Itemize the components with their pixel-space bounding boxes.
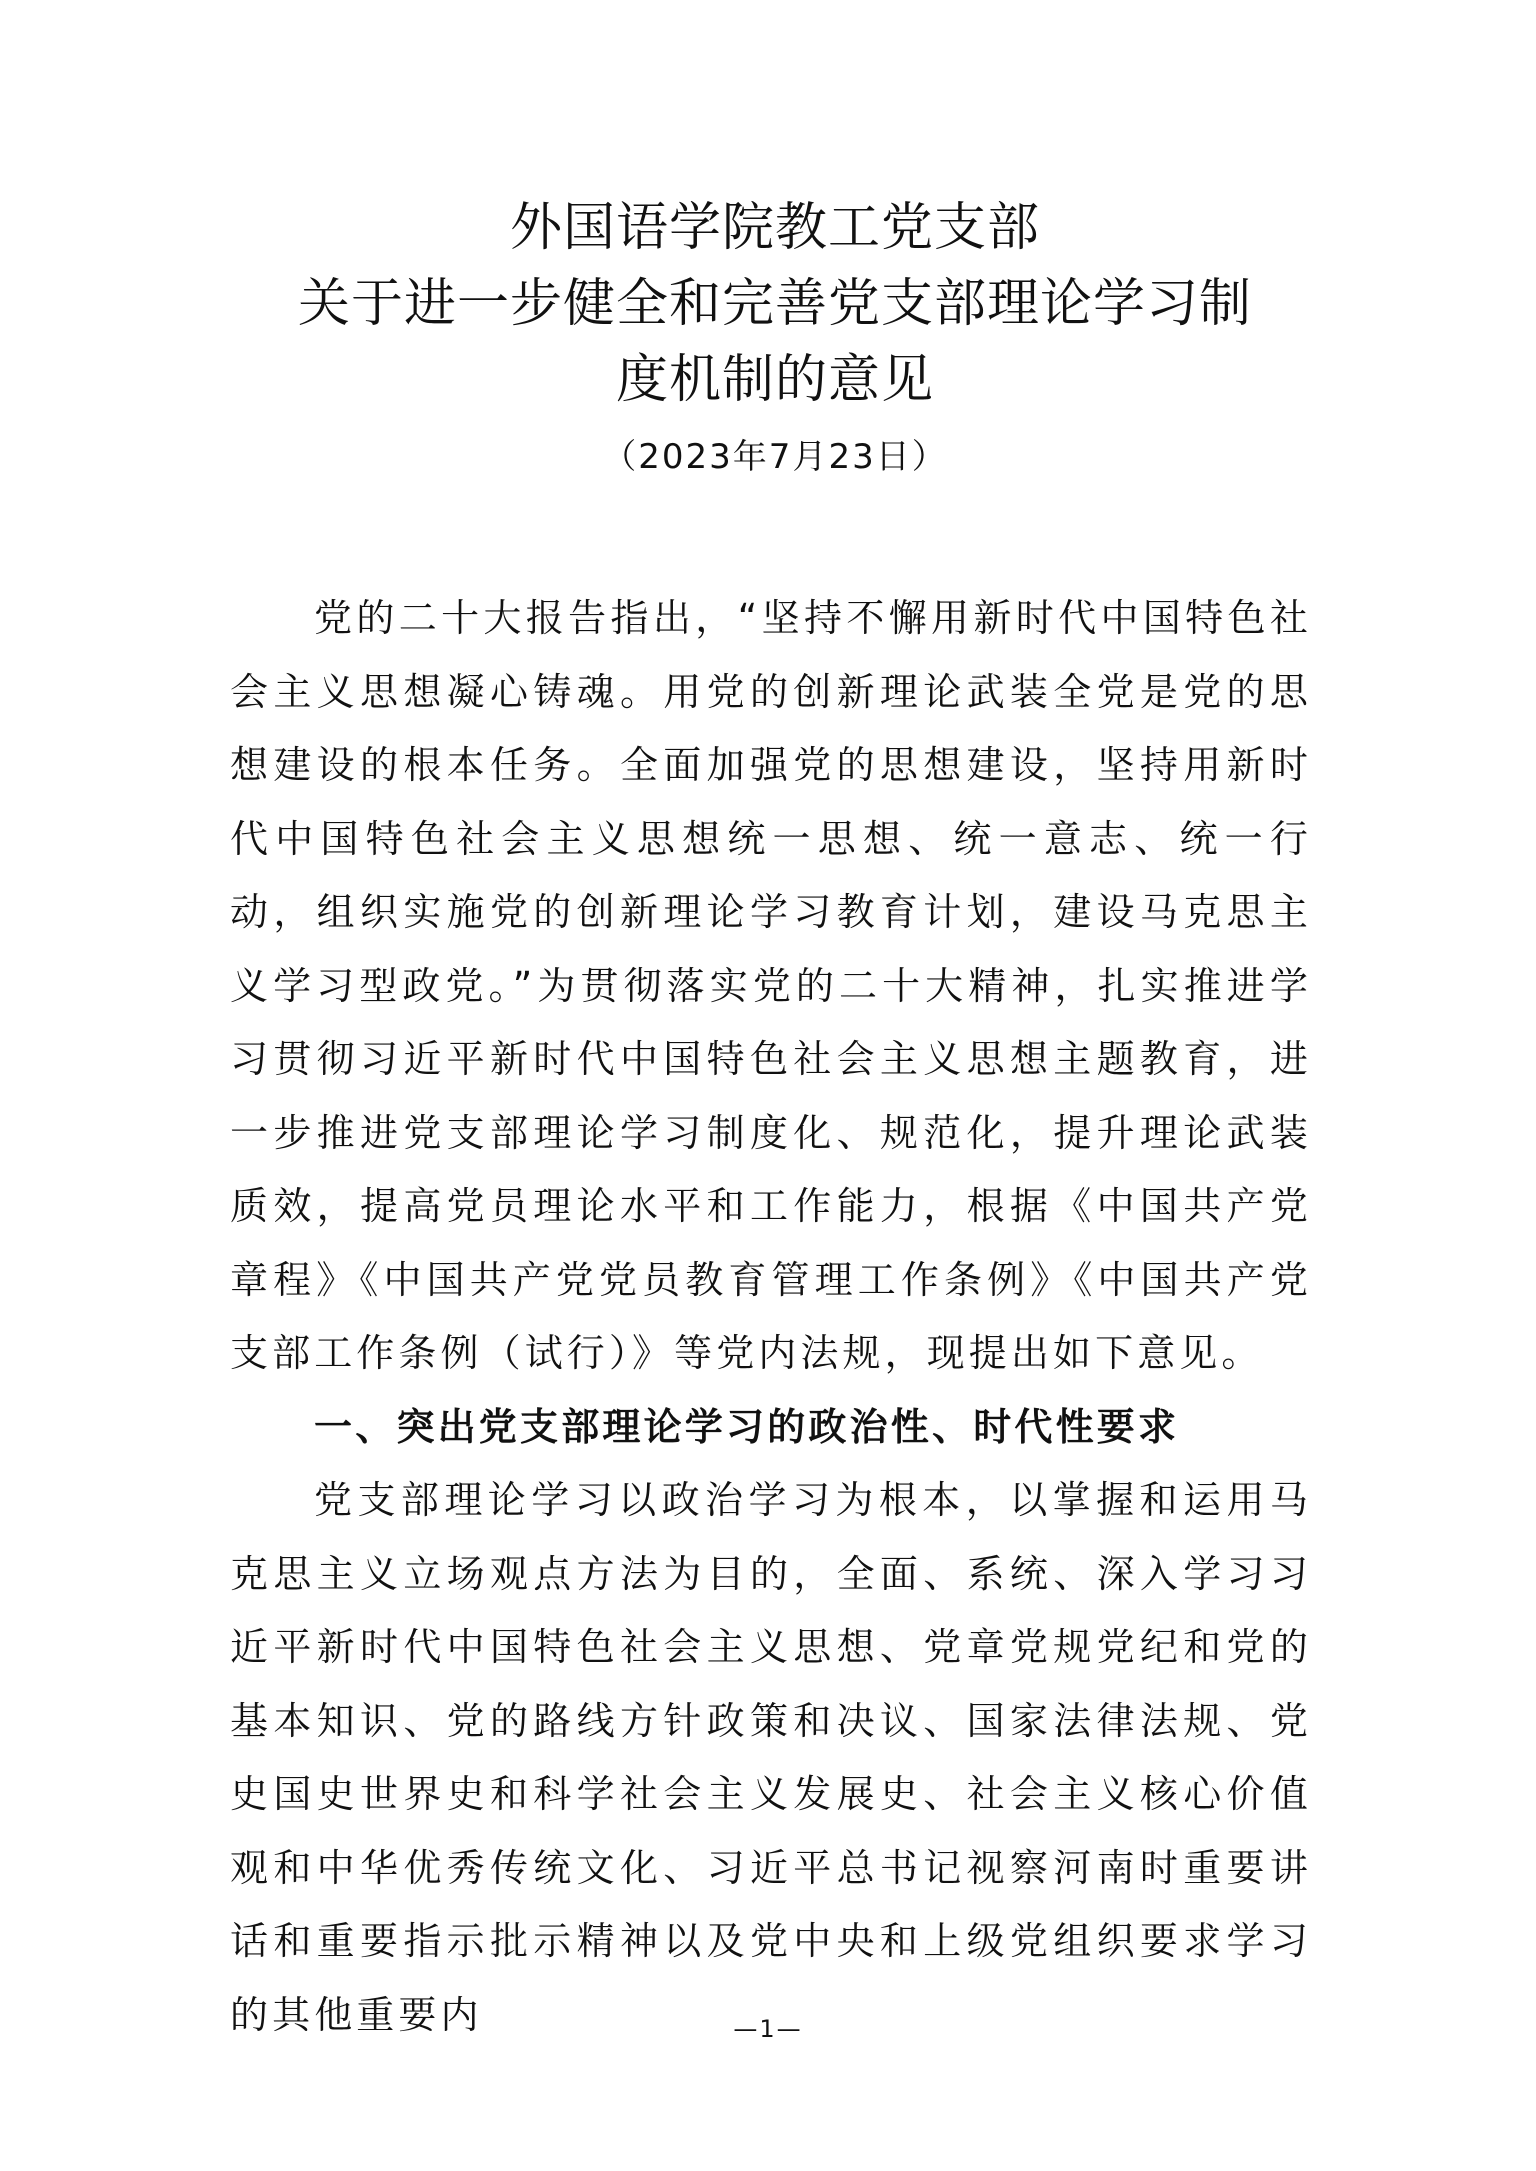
document-date: （2023年7月23日） (200, 432, 1350, 482)
document-body: 党的二十大报告指出，“坚持不懈用新时代中国特色社会主义思想凝心铸魂。用党的创新理… (230, 582, 1312, 2052)
section-heading-1: 一、突出党支部理论学习的政治性、时代性要求 (230, 1391, 1312, 1465)
page-number: —1— (0, 2015, 1536, 2043)
intro-paragraph: 党的二十大报告指出，“坚持不懈用新时代中国特色社会主义思想凝心铸魂。用党的创新理… (230, 582, 1312, 1391)
document-title: 外国语学院教工党支部 关于进一步健全和完善党支部理论学习制 度机制的意见 （20… (200, 190, 1350, 482)
title-line-3: 度机制的意见 (200, 342, 1350, 418)
title-line-2: 关于进一步健全和完善党支部理论学习制 (200, 266, 1350, 342)
document-page: 外国语学院教工党支部 关于进一步健全和完善党支部理论学习制 度机制的意见 （20… (0, 0, 1536, 2171)
title-line-1: 外国语学院教工党支部 (200, 190, 1350, 266)
section-1-paragraph: 党支部理论学习以政治学习为根本，以掌握和运用马克思主义立场观点方法为目的，全面、… (230, 1464, 1312, 2052)
